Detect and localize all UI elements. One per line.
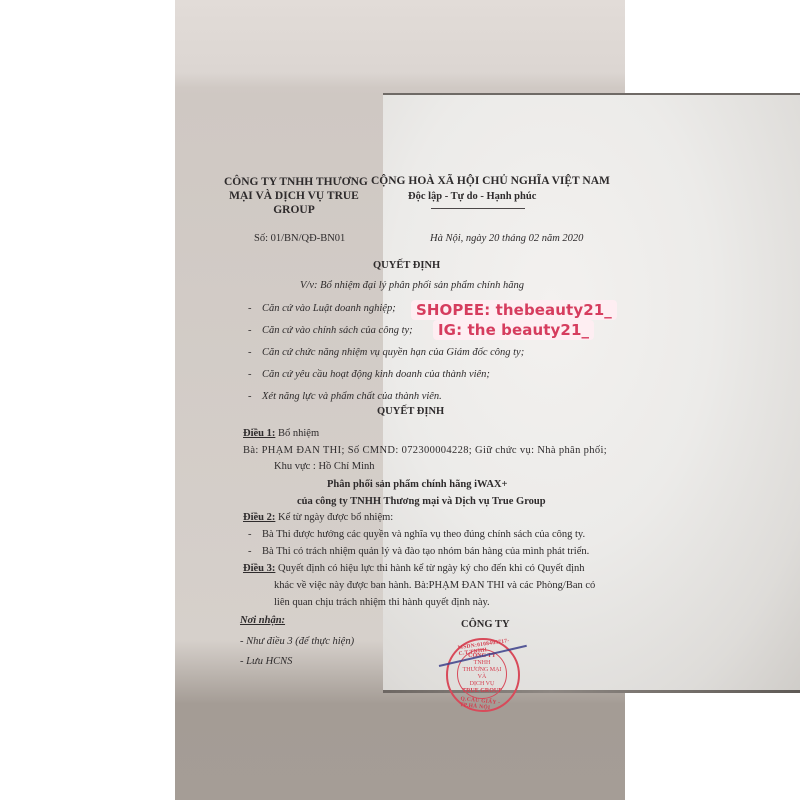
appointee-line: Bà: PHẠM ĐAN THI; Số CMND: 072300004228;…	[243, 445, 607, 456]
company-name-line: MẠI VÀ DỊCH VỤ TRUE	[224, 189, 364, 203]
national-title: CỘNG HOÀ XÃ HỘI CHỦ NGHĨA VIỆT NAM	[371, 175, 610, 187]
ground-item: - Xét năng lực và phẩm chất của thành vi…	[248, 391, 442, 402]
product-line: Phân phối sản phẩm chính hãng iWAX+	[327, 479, 507, 490]
article-3-line: liên quan chịu trách nhiệm thi hành quyế…	[274, 597, 490, 608]
recipient-item: - Như điều 3 (để thực hiện)	[240, 636, 354, 647]
place-date: Hà Nội, ngày 20 tháng 02 năm 2020	[430, 233, 583, 244]
article-1-label: Điều 1:	[243, 428, 275, 439]
article-2-label: Điều 2:	[243, 512, 275, 523]
company-name-line: GROUP	[224, 203, 364, 217]
seal-line: TRUE GROUP	[462, 688, 502, 695]
region-line: Khu vực : Hồ Chí Minh	[274, 461, 374, 472]
national-motto: Độc lập - Tự do - Hạnh phúc	[408, 191, 536, 202]
article-3-line: khác về việc này được ban hành. Bà:PHẠM …	[274, 580, 595, 591]
company-name: CÔNG TY TNHH THƯƠNG MẠI VÀ DỊCH VỤ TRUE …	[224, 175, 364, 217]
article-1: Điều 1: Bổ nhiệm	[243, 428, 319, 439]
instagram-watermark: IG: the beauty21_	[433, 320, 594, 340]
document-title: QUYẾT ĐỊNH	[373, 260, 440, 271]
seal-line: THƯƠNG MẠI VÀ	[458, 667, 506, 681]
article-3-label: Điều 3:	[243, 563, 275, 574]
article-2: Điều 2: Kể từ ngày được bổ nhiệm:	[243, 512, 393, 523]
document-subject: V/v: Bổ nhiệm đại lý phân phối sản phẩm …	[300, 280, 524, 291]
signature-title: CÔNG TY	[461, 619, 510, 630]
company-line: của công ty TNHH Thương mại và Dịch vụ T…	[297, 496, 546, 507]
ground-item: - Căn cứ vào Luật doanh nghiệp;	[248, 303, 396, 314]
article-3-line: Quyết định có hiệu lực thi hành kể từ ng…	[278, 563, 584, 574]
ground-item: - Căn cứ yêu cầu hoạt động kinh doanh củ…	[248, 369, 490, 380]
document-number: Số: 01/BN/QĐ-BN01	[254, 233, 345, 244]
ground-item: - Căn cứ chức năng nhiệm vụ quyền hạn củ…	[248, 347, 524, 358]
motto-underline	[431, 208, 525, 209]
shopee-watermark: SHOPEE: thebeauty21_	[411, 300, 617, 320]
ground-item: - Căn cứ vào chính sách của công ty;	[248, 325, 413, 336]
article-2-text: Kể từ ngày được bổ nhiệm:	[278, 512, 393, 523]
seal-line: DỊCH VỤ	[470, 681, 495, 688]
article-1-text: Bổ nhiệm	[278, 428, 319, 439]
recipients-label: Nơi nhận:	[240, 615, 285, 626]
recipient-item: - Lưu HCNS	[240, 656, 292, 667]
seal-line: TNHH	[474, 660, 491, 667]
decision-title: QUYẾT ĐỊNH	[377, 406, 444, 417]
article-3: Điều 3: Quyết định có hiệu lực thi hành …	[243, 563, 584, 574]
article-2-item: - Bà Thi có trách nhiệm quản lý và đào t…	[248, 546, 589, 557]
company-name-line: CÔNG TY TNHH THƯƠNG	[224, 175, 364, 189]
article-2-item: - Bà Thi được hưởng các quyền và nghĩa v…	[248, 529, 585, 540]
